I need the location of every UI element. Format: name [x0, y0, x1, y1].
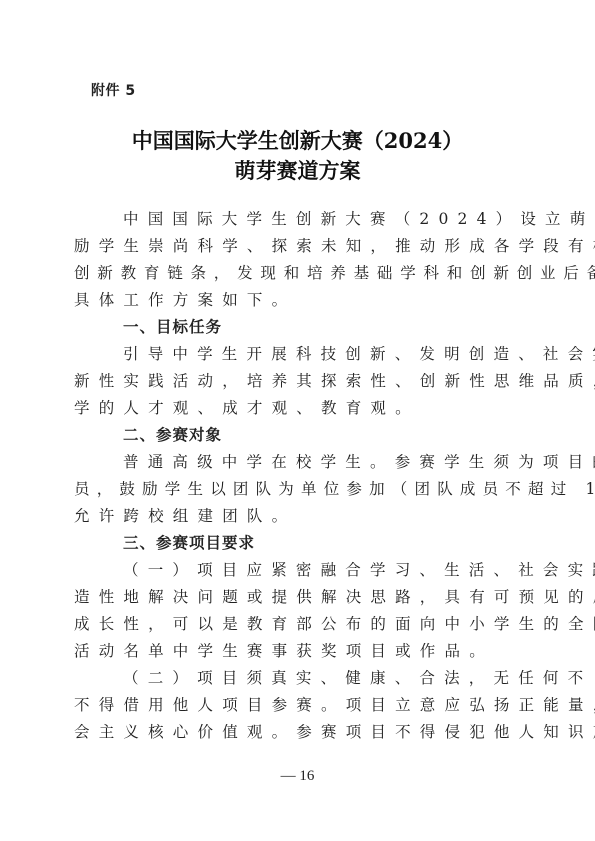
paragraph-line: 普通高级中学在校学生。参赛学生须为项目的实际成: [74, 449, 534, 476]
document-body: 中国国际大学生创新大赛（2024）设立萌芽赛道，鼓 励学生崇尚科学、探索未知，推…: [74, 206, 534, 746]
paragraph-line: 新性实践活动，培养其探索性、创新性思维品质，树立科: [74, 368, 534, 395]
paragraph-line: 引导中学生开展科技创新、发明创造、社会实践等创: [74, 341, 534, 368]
paragraph-line: （一）项目应紧密融合学习、生活、社会实践，能创: [74, 557, 534, 584]
document-page: 附件 5 中国国际大学生创新大赛（2024） 萌芽赛道方案 中国国际大学生创新大…: [0, 0, 595, 841]
section-heading: 三、参赛项目要求: [74, 530, 534, 557]
paragraph-line: 成长性，可以是教育部公布的面向中小学生的全国性竞赛: [74, 611, 534, 638]
paragraph-line: 员，鼓励学生以团队为单位参加（团队成员不超过 15 人），: [74, 476, 534, 503]
section-heading: 二、参赛对象: [74, 422, 534, 449]
paragraph-line: 中国国际大学生创新大赛（2024）设立萌芽赛道，鼓: [74, 206, 534, 233]
document-title-line1: 中国国际大学生创新大赛（2024）: [0, 126, 595, 156]
paragraph-line: 会主义核心价值观。参赛项目不得侵犯他人知识产权；所: [74, 719, 534, 746]
attachment-label: 附件 5: [91, 80, 136, 100]
paragraph-line: 不得借用他人项目参赛。项目立意应弘扬正能量，践行社: [74, 692, 534, 719]
paragraph-line: 励学生崇尚科学、探索未知，推动形成各学段有机衔接的: [74, 233, 534, 260]
paragraph-line: 具体工作方案如下。: [74, 287, 534, 314]
paragraph-line: 创新教育链条，发现和培养基础学科和创新创业后备人才。: [74, 260, 534, 287]
paragraph-line: 活动名单中学生赛事获奖项目或作品。: [74, 638, 534, 665]
paragraph-line: 学的人才观、成才观、教育观。: [74, 395, 534, 422]
document-title-line2: 萌芽赛道方案: [0, 156, 595, 186]
paragraph-line: 允许跨校组建团队。: [74, 503, 534, 530]
page-number: — 16: [0, 768, 595, 785]
section-heading: 一、目标任务: [74, 314, 534, 341]
paragraph-line: 造性地解决问题或提供解决思路，具有可预见的应用性与: [74, 584, 534, 611]
paragraph-line: （二）项目须真实、健康、合法，无任何不良信息，: [74, 665, 534, 692]
